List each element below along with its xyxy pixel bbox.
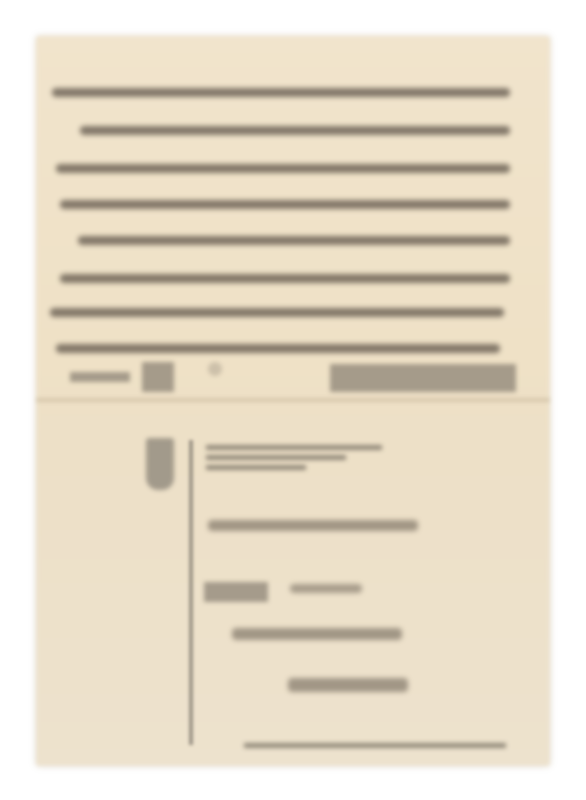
fold-left-text: [illegible] (0, 0, 1, 1)
recipient-line (208, 520, 418, 531)
printed-header-line (206, 455, 346, 460)
circle-mark (208, 362, 222, 376)
number-field-text: [illegible] (0, 0, 1, 1)
printed-footer (244, 743, 506, 748)
city-text: [illegible] (0, 0, 1, 1)
printed-block-right (330, 364, 516, 392)
handwritten-line (78, 236, 510, 245)
number-field (290, 584, 362, 593)
fold-line (36, 398, 550, 402)
printed-footer-text: [illegible] (0, 0, 1, 1)
printed-header-line (206, 465, 306, 470)
printed-header-line (206, 445, 382, 450)
fold-right-text: [illegible] (0, 0, 1, 1)
printed-label (204, 582, 268, 602)
handwritten-line (60, 274, 510, 283)
printed-block-left (70, 372, 130, 382)
handwritten-line (60, 200, 510, 209)
divider-rule (189, 440, 193, 745)
handwritten-line (80, 126, 510, 135)
city-line (232, 628, 402, 640)
handwritten-line (52, 88, 510, 97)
coat-of-arms-icon (146, 438, 174, 490)
recipient-text: [illegible] (0, 0, 1, 1)
handwritten-line (50, 308, 504, 317)
printed-block-left-mark (142, 362, 174, 392)
country-line (288, 678, 408, 692)
printed-label-text: [illegible] (0, 0, 1, 1)
country-text: [illegible] (0, 0, 1, 1)
handwritten-line (56, 344, 500, 353)
printed-header: [illegible] (0, 0, 1, 1)
handwritten-line (56, 164, 510, 173)
message-text: [illegible] (0, 0, 1, 1)
